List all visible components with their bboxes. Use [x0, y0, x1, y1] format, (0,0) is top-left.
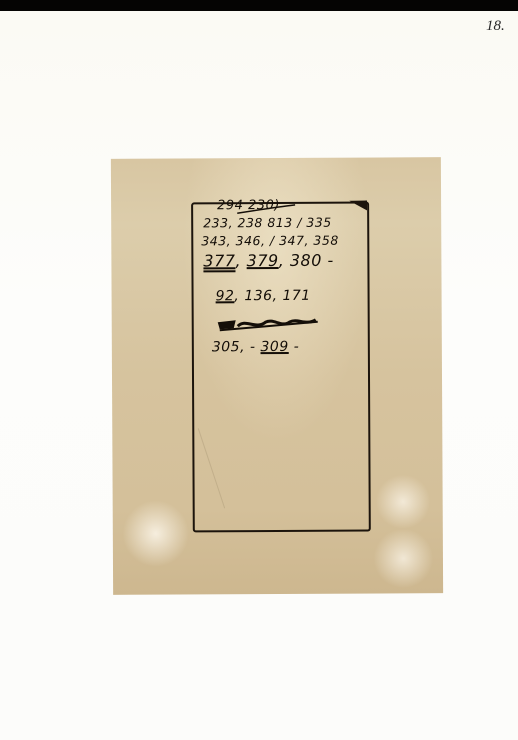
paper-scrap: 294 230) 233, 238 813 / 335 343, 346, / … — [111, 157, 443, 595]
page-ref-309: 309 — [260, 339, 288, 355]
scribble-icon — [216, 316, 320, 333]
note-line-7: 305, - 309 - — [212, 339, 299, 355]
note-line-2: 233, 238 813 / 335 — [203, 215, 332, 231]
scanner-top-edge — [0, 0, 518, 11]
page-ref-377: 377 — [203, 251, 235, 270]
page-ref-171: 171 — [282, 288, 310, 304]
faint-pencil-diagonal — [192, 388, 253, 528]
page-ref-305: 305 — [212, 339, 240, 355]
page-ref-380: 380 - — [290, 251, 334, 270]
page-ref-92: 92 — [216, 288, 235, 304]
note-line-5: 92, 136, 171 — [216, 288, 311, 304]
header-stroke — [237, 204, 297, 214]
note-line-3: 343, 346, / 347, 358 — [201, 233, 339, 249]
page-number: 18. — [486, 18, 505, 35]
note-line-4: 377, 379, 380 - — [203, 251, 333, 271]
page-ref-136: 136 — [244, 288, 272, 304]
page-ref-379: 379 — [247, 251, 279, 270]
struck-through-scribble — [216, 316, 320, 331]
